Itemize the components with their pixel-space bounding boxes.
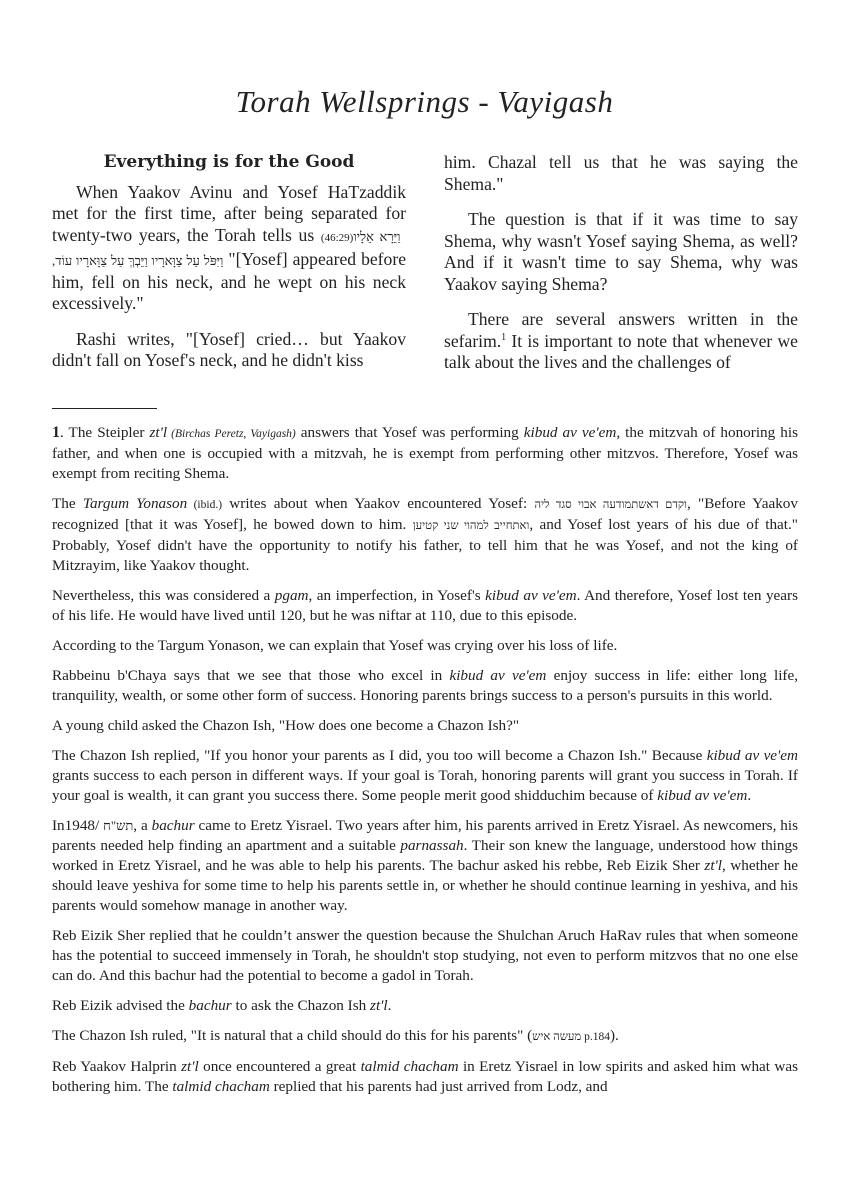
verse-reference: (46:29) [321,232,353,244]
text: zt'l [370,997,388,1014]
text: Reb Eizik advised the [52,997,189,1014]
text: bachur [189,997,232,1014]
footnote-1: 1. The Steipler zt'l (Birchas Peretz, Va… [52,423,798,484]
text: The [52,495,83,512]
footnote-targum: The Targum Yonason (ibid.) writes about … [52,494,798,576]
footnote-1948: In1948/ תש"ח, a bachur came to Eretz Yis… [52,816,798,916]
page-title: Torah Wellsprings - Vayigash [0,84,849,120]
text: zt'l [181,1058,199,1075]
paragraph-chazal: him. Chazal tell us that he was saying t… [444,152,798,195]
hebrew-source: מעשה איש [532,1031,581,1043]
text: . The Steipler [60,424,149,441]
text: ). [610,1027,619,1044]
footnote-chazon-replied: The Chazon Ish replied, "If you honor yo… [52,746,798,806]
text: In1948/ [52,817,103,834]
text: The Chazon Ish replied, "If you honor yo… [52,747,707,764]
footnote-sher-replied: Reb Eizik Sher replied that he couldn’t … [52,926,798,986]
footnote-advised: Reb Eizik advised the bachur to ask the … [52,996,798,1016]
text: zt'l [149,424,167,441]
footnote-separator [52,408,157,409]
text: talmid chacham [361,1058,459,1075]
footnote-number: 1 [52,424,60,441]
text: to ask the Chazon Ish [232,997,370,1014]
text: once encountered a great [199,1058,361,1075]
paragraph-question: The question is that if it was time to s… [444,209,798,295]
left-column: Everything is for the Good When Yaakov A… [52,152,406,386]
hebrew-quote: ואתחייב למהוי שני קטיען [413,520,530,532]
footnote-young-child: A young child asked the Chazon Ish, "How… [52,716,798,736]
right-column: him. Chazal tell us that he was saying t… [444,152,798,388]
footnote-according: According to the Targum Yonason, we can … [52,636,798,656]
text: answers that Yosef was performing [296,424,524,441]
text: . [388,997,392,1014]
text: Targum Yonason [83,495,187,512]
text: talmid chacham [172,1078,269,1095]
footnotes: 1. The Steipler zt'l (Birchas Peretz, Va… [52,423,798,1107]
footnote-halprin: Reb Yaakov Halprin zt'l once encountered… [52,1057,798,1097]
text: kibud av ve'em [449,667,546,684]
text: writes about when Yaakov encountered Yos… [222,495,534,512]
hebrew-quote: וקדם דאשתמודעה אבוי סגד ליה [534,499,687,511]
footnote-nevertheless: Nevertheless, this was considered a pgam… [52,586,798,626]
text: , a [133,817,151,834]
text: , an imperfection, in Yosef's [309,587,486,604]
text: kibud av ve'em [707,747,798,764]
text: pgam [275,587,309,604]
text: kibud av ve'em [524,424,617,441]
footnote-rabbeinu: Rabbeinu b'Chaya says that we see that t… [52,666,798,706]
text: replied that his parents had just arrive… [270,1078,608,1095]
paragraph-rashi: Rashi writes, "[Yosef] cried… but Yaakov… [52,329,406,372]
text: The Chazon Ish ruled, "It is natural tha… [52,1027,532,1044]
text: . [747,787,751,804]
text: Nevertheless, this was considered a [52,587,275,604]
text: Reb Yaakov Halprin [52,1058,181,1075]
paragraph-meeting: When Yaakov Avinu and Yosef HaTzaddik me… [52,182,406,315]
hebrew-year: תש"ח [103,818,133,833]
text: kibud av ve'em [485,587,577,604]
paragraph-answers: There are several answers written in the… [444,309,798,374]
footnote-ruled: The Chazon Ish ruled, "It is natural tha… [52,1026,798,1047]
source-reference: (ibid.) [187,499,222,511]
source-reference: (Birchas Peretz, Vayigash) [167,428,296,440]
section-heading: Everything is for the Good [52,152,406,174]
text: bachur [152,817,195,834]
text: kibud av ve'em [657,787,747,804]
page-reference: p.184 [581,1031,610,1043]
text: zt'l [704,857,722,874]
text: parnassah [400,837,463,854]
text: Rabbeinu b'Chaya says that we see that t… [52,667,449,684]
